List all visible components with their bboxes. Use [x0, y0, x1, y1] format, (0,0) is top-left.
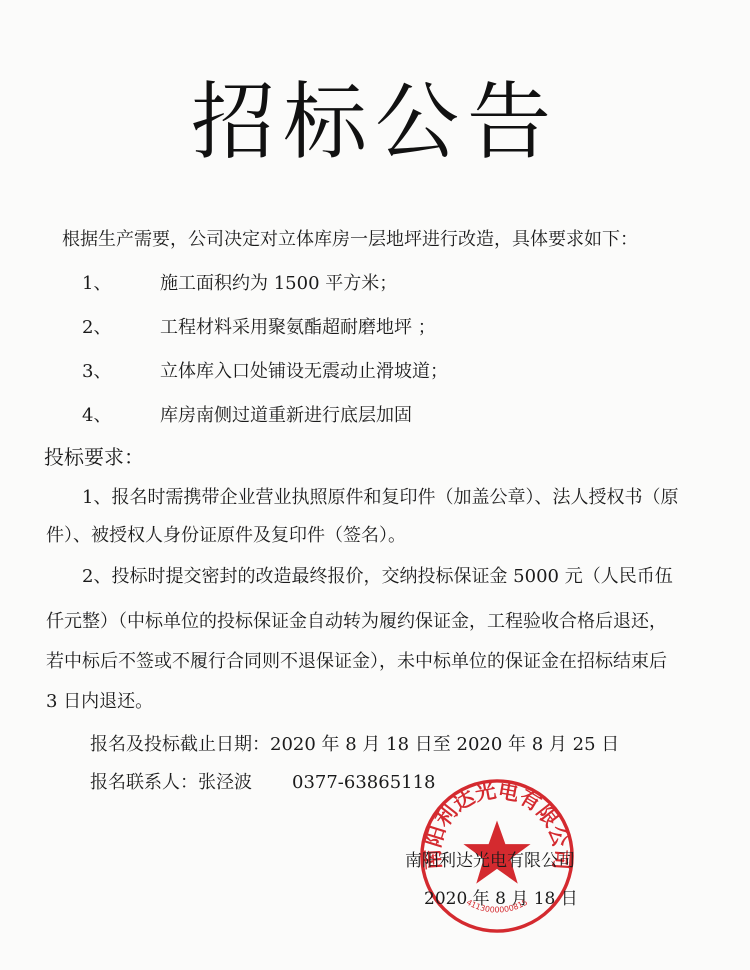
issue-date: 2020 年 8 月 18 日 — [424, 884, 578, 909]
company-name: 南阳利达光电有限公司 — [405, 846, 575, 871]
requirement-item: 1、施工面积约为 1500 平方米； — [82, 273, 397, 295]
requirement-text: 工程材料采用聚氨酯超耐磨地坪 ； — [160, 317, 436, 338]
intro-text: 根据生产需要，公司决定对立体库房一层地坪进行改造，具体要求如下： — [62, 229, 638, 251]
requirement-text: 库房南侧过道重新进行底层加固 — [160, 405, 412, 426]
bid-line: 仟元整）（中标单位的投标保证金自动转为履约保证金，工程验收合格后退还， — [46, 611, 667, 633]
bid-line: 件）、被授权人身份证原件及复印件（签名）。 — [46, 525, 406, 547]
contact-row: 报名联系人：张泾波0377-63865118 — [90, 772, 436, 794]
contact-phone: 0377-63865118 — [292, 772, 436, 793]
deadline-row: 报名及投标截止日期：2020 年 8 月 18 日至 2020 年 8 月 25… — [90, 734, 619, 756]
requirement-text: 立体库入口处铺设无震动止滑坡道； — [160, 361, 448, 382]
page-title: 招标公告 — [0, 72, 750, 172]
bid-line: 2、投标时提交密封的改造最终报价，交纳投标保证金 5000 元（人民币伍 — [82, 566, 673, 588]
requirement-item: 2、工程材料采用聚氨酯超耐磨地坪 ； — [82, 317, 436, 339]
bid-line: 3 日内退还。 — [46, 691, 153, 713]
requirement-item: 4、库房南侧过道重新进行底层加固 — [82, 405, 412, 427]
bid-requirements-heading: 投标要求： — [44, 446, 144, 468]
requirement-item: 3、立体库入口处铺设无震动止滑坡道； — [82, 361, 448, 383]
contact-name: 张泾波 — [198, 772, 252, 793]
requirement-number: 2、 — [82, 317, 160, 339]
requirement-number: 1、 — [82, 273, 160, 295]
bid-line: 1、报名时需携带企业营业执照原件和复印件（加盖公章）、法人授权书（原 — [82, 487, 678, 509]
deadline-label: 报名及投标截止日期： — [90, 734, 270, 755]
contact-label: 报名联系人： — [90, 772, 198, 793]
requirement-number: 4、 — [82, 405, 160, 427]
bid-line: 若中标后不签或不履行合同则不退保证金），未中标单位的保证金在招标结束后 — [46, 651, 667, 673]
requirement-text: 施工面积约为 1500 平方米； — [160, 273, 397, 294]
deadline-value: 2020 年 8 月 18 日至 2020 年 8 月 25 日 — [270, 734, 619, 755]
requirement-number: 3、 — [82, 361, 160, 383]
document-page: 招标公告 根据生产需要，公司决定对立体库房一层地坪进行改造，具体要求如下： 1、… — [0, 0, 750, 970]
